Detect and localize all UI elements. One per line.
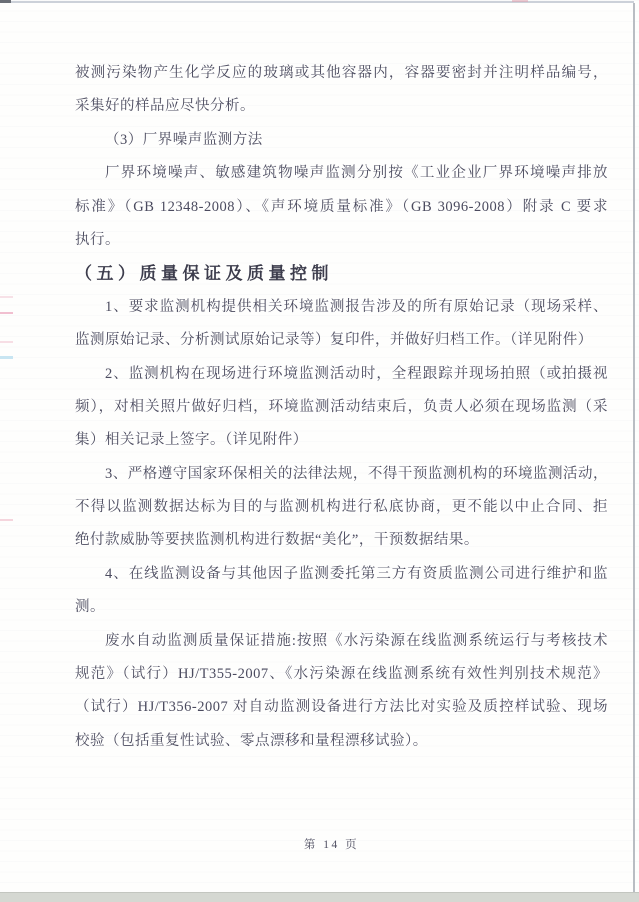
body-line: 废水自动监测质量保证措施:按照《水污染源在线监测系统运行与考核技术 bbox=[75, 625, 608, 658]
body-line: 频），对相关照片做好归档，环境监测活动结束后，负责人必须在现场监测（采 bbox=[75, 391, 608, 424]
paper-top-edge-dark-segment bbox=[0, 0, 11, 3]
scan-artifact bbox=[0, 519, 13, 521]
document-body: 被测污染物产生化学反应的玻璃或其他容器内，容器要密封并注明样品编号， 采集好的样… bbox=[75, 57, 608, 758]
scan-artifact bbox=[512, 0, 528, 2]
body-line: 3、严格遵守国家环保相关的法律法规，不得干预监测机构的环境监测活动， bbox=[75, 458, 608, 491]
body-line: 1、要求监测机构提供相关环境监测报告涉及的所有原始记录（现场采样、 bbox=[75, 291, 608, 324]
paper-bottom-edge bbox=[0, 892, 639, 902]
body-line: 绝付款威胁等要挟监测机构进行数据“美化”，干预数据结果。 bbox=[75, 524, 608, 557]
body-line: 测。 bbox=[75, 591, 608, 624]
body-line: 采集好的样品应尽快分析。 bbox=[75, 90, 608, 123]
body-line: （试行）HJ/T356-2007 对自动监测设备进行方法比对实验及质控样试验、现… bbox=[75, 691, 608, 724]
paper-right-edge bbox=[633, 3, 635, 892]
body-line: 校验（包括重复性试验、零点漂移和量程漂移试验）。 bbox=[75, 725, 608, 758]
body-line: 监测原始记录、分析测试原始记录等）复印件，并做好归档工作。（详见附件） bbox=[75, 324, 608, 357]
body-line: 被测污染物产生化学反应的玻璃或其他容器内，容器要密封并注明样品编号， bbox=[75, 57, 608, 90]
body-line: 厂界环境噪声、敏感建筑物噪声监测分别按《工业企业厂界环境噪声排放 bbox=[75, 157, 608, 190]
body-line: 2、监测机构在现场进行环境监测活动时，全程跟踪并现场拍照（或拍摄视 bbox=[75, 358, 608, 391]
scan-artifact bbox=[0, 296, 13, 298]
scan-artifact bbox=[0, 356, 13, 359]
document-page: 被测污染物产生化学反应的玻璃或其他容器内，容器要密封并注明样品编号， 采集好的样… bbox=[0, 0, 639, 902]
section-heading: （五）质量保证及质量控制 bbox=[75, 257, 608, 290]
scan-artifact bbox=[0, 341, 13, 343]
scanned-document-screenshot: 被测污染物产生化学反应的玻璃或其他容器内，容器要密封并注明样品编号， 采集好的样… bbox=[0, 0, 639, 902]
body-line: （3）厂界噪声监测方法 bbox=[75, 124, 608, 157]
body-line: 规范》（试行）HJ/T355-2007、《水污染源在线监测系统有效性判别技术规范… bbox=[75, 658, 608, 691]
paper-top-edge bbox=[0, 1, 634, 3]
page-number: 第 14 页 bbox=[65, 836, 598, 854]
scan-artifact bbox=[0, 312, 13, 314]
body-line: 标准》（GB 12348-2008）、《声环境质量标准》（GB 3096-200… bbox=[75, 191, 608, 224]
body-line: 不得以监测数据达标为目的与监测机构进行私底协商，更不能以中止合同、拒 bbox=[75, 491, 608, 524]
body-line: 集）相关记录上签字。（详见附件） bbox=[75, 424, 608, 457]
body-line: 4、在线监测设备与其他因子监测委托第三方有资质监测公司进行维护和监 bbox=[75, 558, 608, 591]
body-line: 执行。 bbox=[75, 224, 608, 257]
